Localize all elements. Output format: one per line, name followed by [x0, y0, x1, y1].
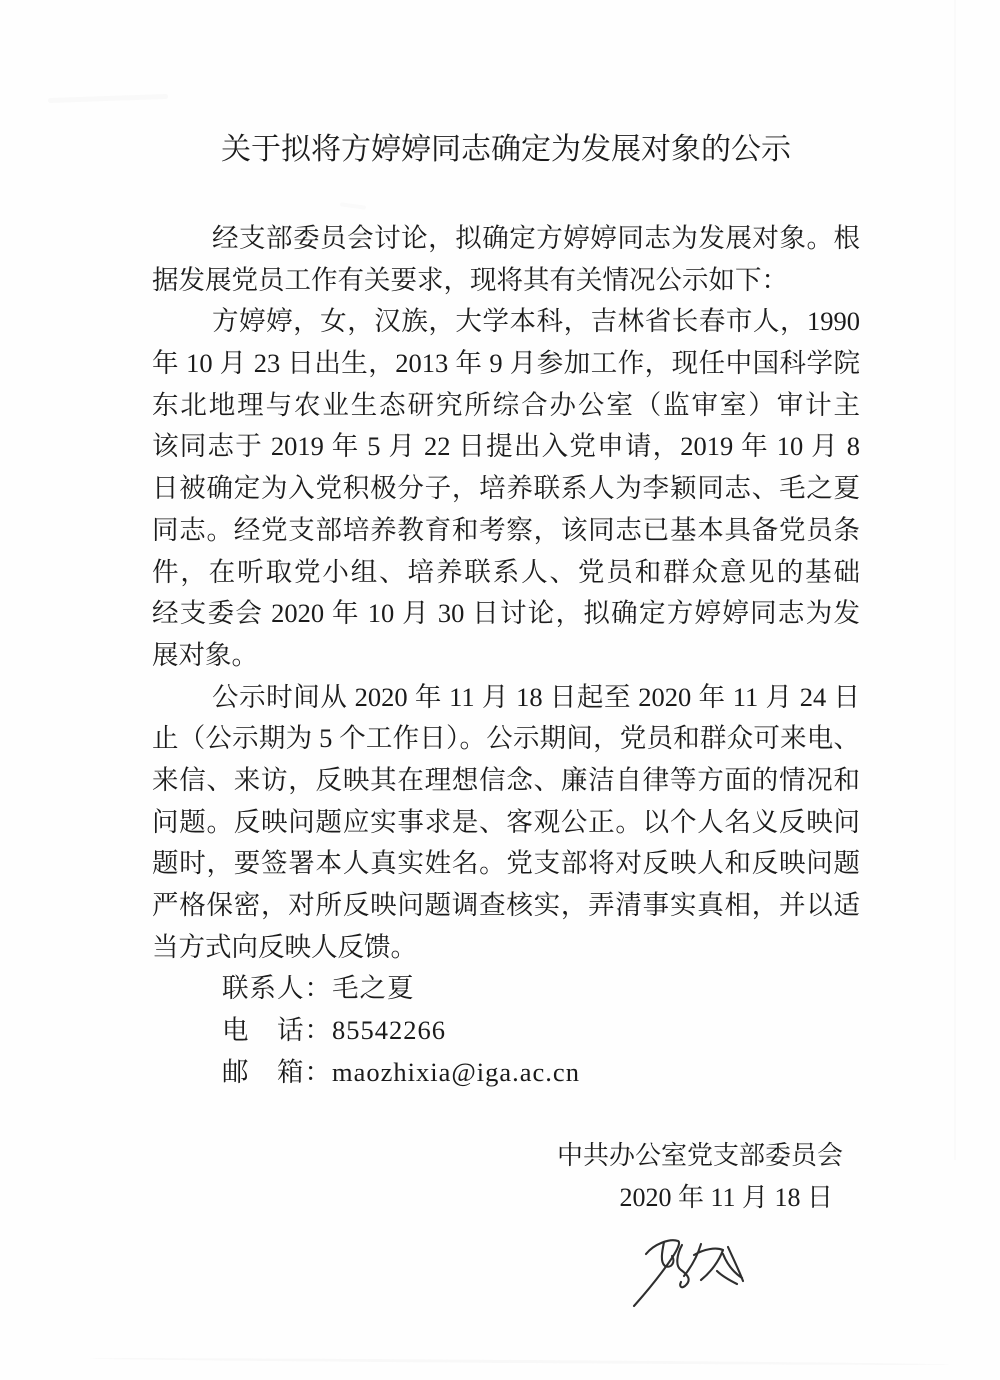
body-line: 东北地理与农业生态研究所综合办公室（监审室）审计主管。: [152, 385, 860, 427]
signature-block: 中共办公室党支部委员会 2020 年 11 月 18 日: [152, 1135, 860, 1218]
body-line: 公示时间从 2020 年 11 月 18 日起至 2020 年 11 月 24 …: [152, 677, 860, 719]
scanned-document-page: 关于拟将方婷婷同志确定为发展对象的公示 经支部委员会讨论，拟确定方婷婷同志为发展…: [0, 0, 1000, 1380]
scan-line-artifact: [954, 0, 956, 1160]
body-line: 同志。经党支部培养教育和考察，该同志已基本具备党员条: [152, 510, 860, 552]
document-body: 关于拟将方婷婷同志确定为发展对象的公示 经支部委员会讨论，拟确定方婷婷同志为发展…: [152, 128, 860, 1219]
issue-date: 2020 年 11 月 18 日: [152, 1177, 860, 1219]
body-line: 据发展党员工作有关要求，现将其有关情况公示如下：: [152, 260, 860, 302]
body-line: 展对象。: [152, 635, 860, 677]
body-line: 经支委会 2020 年 10 月 30 日讨论，拟确定方婷婷同志为发: [152, 593, 860, 635]
body-line: 题时，要签署本人真实姓名。党支部将对反映人和反映问题: [152, 843, 860, 885]
scan-smudge-artifact: [48, 94, 168, 103]
contact-person-line: 联系人：毛之夏: [222, 968, 860, 1010]
scan-smudge-artifact: [90, 1357, 950, 1366]
body-line: 止（公示期为 5 个工作日）。公示期间，党员和群众可来电、: [152, 718, 860, 760]
body-line: 严格保密，对所反映问题调查核实，弄清事实真相，并以适: [152, 885, 860, 927]
body-line: 日被确定为入党积极分子，培养联系人为李颖同志、毛之夏: [152, 468, 860, 510]
contact-info: 联系人：毛之夏 电 话：85542266 邮 箱：maozhixia@iga.a…: [152, 968, 860, 1093]
contact-email-line: 邮 箱：maozhixia@iga.ac.cn: [222, 1052, 860, 1094]
body-line: 当方式向反映人反馈。: [152, 927, 860, 969]
body-line: 年 10 月 23 日出生，2013 年 9 月参加工作，现任中国科学院: [152, 343, 860, 385]
handwritten-signature-icon: [622, 1234, 762, 1318]
issuing-organization: 中共办公室党支部委员会: [152, 1135, 860, 1177]
body-line: 经支部委员会讨论，拟确定方婷婷同志为发展对象。根: [152, 218, 860, 260]
body-line: 件，在听取党小组、培养联系人、党员和群众意见的基础上，: [152, 552, 860, 594]
contact-phone-line: 电 话：85542266: [222, 1010, 860, 1052]
body-line: 该同志于 2019 年 5 月 22 日提出入党申请，2019 年 10 月 8: [152, 426, 860, 468]
body-line: 来信、来访，反映其在理想信念、廉洁自律等方面的情况和: [152, 760, 860, 802]
body-line: 方婷婷，女，汉族，大学本科，吉林省长春市人，1990: [152, 301, 860, 343]
document-title: 关于拟将方婷婷同志确定为发展对象的公示: [152, 128, 860, 172]
body-line: 问题。反映问题应实事求是、客观公正。以个人名义反映问: [152, 802, 860, 844]
